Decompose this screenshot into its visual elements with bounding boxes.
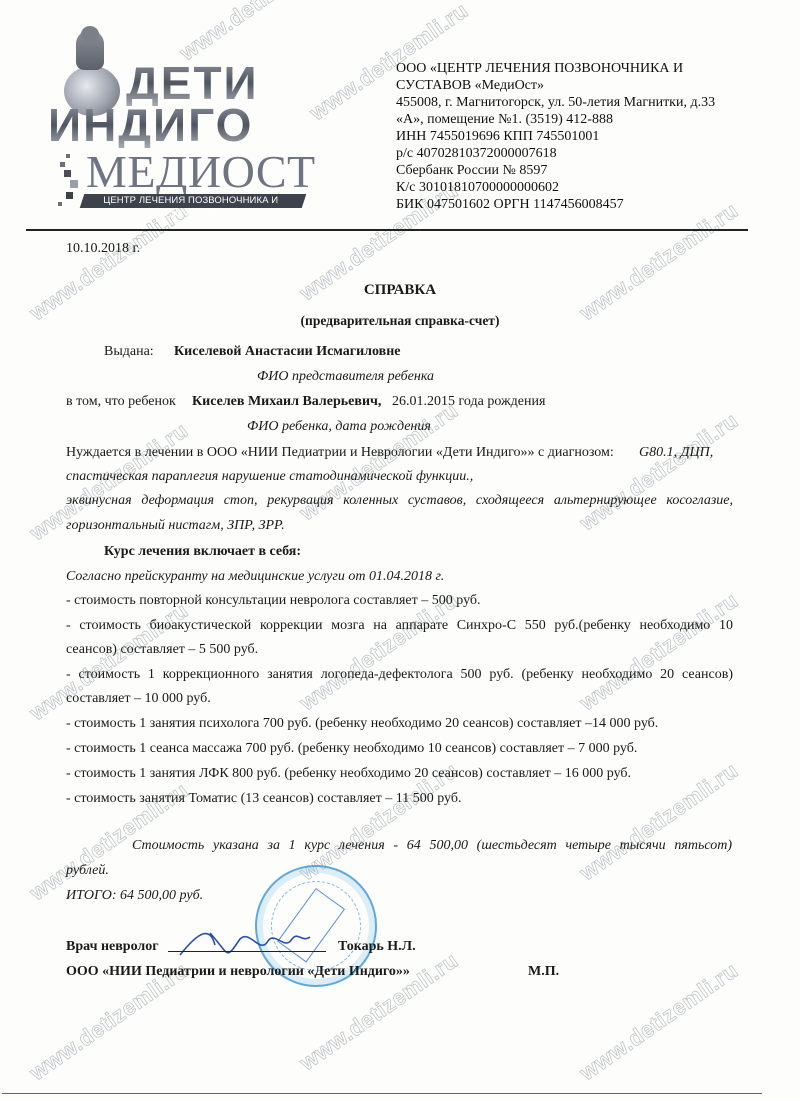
service-item-cont: сеансов) составляет – 5 500 руб. [66, 642, 258, 658]
header-divider [26, 229, 748, 231]
child-dob: 26.01.2015 года рождения [392, 394, 545, 410]
watermark: www.detizemli.ru [575, 588, 743, 716]
page-edge [2, 1093, 762, 1094]
service-item: - стоимость 1 коррекционного занятия лог… [66, 667, 733, 683]
org-line: К/с 30101810700000000602 [396, 179, 715, 196]
diagnosis-line: спастическая параплегия нарушение статод… [66, 469, 473, 485]
watermark: www.detizemli.ru [575, 958, 743, 1086]
total: ИТОГО: 64 500,00 руб. [66, 888, 203, 904]
doc-date: 10.10.2018 г. [66, 241, 140, 257]
doc-title: СПРАВКА [0, 282, 800, 299]
diagnosis-line: эквинусная деформация стоп, рекурвация к… [66, 493, 733, 509]
doctor-label: Врач невролог [66, 939, 159, 955]
org-details: ООО «ЦЕНТР ЛЕЧЕНИЯ ПОЗВОНОЧНИКА И СУСТАВ… [396, 60, 715, 213]
org-line: р/с 40702810372000007618 [396, 145, 715, 162]
service-item: - стоимость 1 сеанса массажа 700 руб. (р… [66, 741, 637, 757]
org-line: БИК 047501602 ОРГН 1147456008457 [396, 196, 715, 213]
service-item: - стоимость биоакустической коррекции мо… [66, 618, 733, 634]
course-heading: Курс лечения включает в себя: [104, 544, 301, 560]
deti-indigo-logo: ДЕТИ ИНДИГО [48, 26, 298, 146]
doc-subtitle: (предварительная справка-счет) [0, 313, 800, 329]
logo-text-line2: ИНДИГО [48, 102, 253, 148]
child-name: Киселев Михаил Валерьевич, [192, 394, 381, 410]
pricelist-note: Согласно прейскуранту на медицинские усл… [66, 569, 444, 585]
child-prefix: в том, что ребенок [66, 394, 176, 410]
mediost-logo: МЕДИОСТ ЦЕНТР ЛЕЧЕНИЯ ПОЗВОНОЧНИКА И СУС… [52, 148, 312, 218]
org-line: «А», помещение №1. (3519) 412-888 [396, 111, 715, 128]
diagnosis-code: G80.1, ДЦП, [639, 445, 713, 461]
service-item: - стоимость 1 занятия психолога 700 руб.… [66, 716, 658, 732]
issued-caption: ФИО представителя ребенка [257, 369, 434, 385]
needs-text: Нуждается в лечении в ООО «НИИ Педиатрии… [66, 445, 614, 461]
mediost-name: МЕДИОСТ [86, 148, 316, 196]
service-item-cont: составляет – 10 000 руб. [66, 691, 211, 707]
mediost-tagline: ЦЕНТР ЛЕЧЕНИЯ ПОЗВОНОЧНИКА И СУСТАВОВ [80, 194, 302, 222]
service-item: - стоимость 1 занятия ЛФК 800 руб. (ребе… [66, 766, 631, 782]
service-item: - стоимость повторной консультации невро… [66, 593, 481, 609]
diagnosis-line: горизонтальный нистагм, ЗПР, ЗРР. [66, 518, 285, 534]
org-line: ИНН 7455019696 КПП 745501001 [396, 128, 715, 145]
org-line: СУСТАВОВ «МедиОст» [396, 77, 715, 94]
doctor-name: Токарь Н.Л. [338, 939, 416, 955]
child-head-icon [81, 26, 99, 42]
watermark: www.detizemli.ru [575, 408, 743, 536]
org-line: 455008, г. Магнитогорск, ул. 50-летия Ма… [396, 94, 715, 111]
cost-note-cont: рублей. [66, 863, 109, 879]
watermark: www.detizemli.ru [575, 198, 743, 326]
child-caption: ФИО ребенка, дата рождения [247, 419, 431, 435]
cost-note: Стоимость указана за 1 курс лечения - 64… [132, 838, 732, 854]
org-footer: ООО «НИИ Педиатрии и неврологии «Дети Ин… [66, 964, 410, 980]
issued-to: Киселевой Анастасии Исмагиловне [174, 344, 401, 360]
org-line: ООО «ЦЕНТР ЛЕЧЕНИЯ ПОЗВОНОЧНИКА И [396, 60, 715, 77]
signature-line [168, 951, 326, 952]
org-line: Сбербанк России № 8597 [396, 162, 715, 179]
seal-label: М.П. [528, 964, 559, 980]
mediost-tagline-band: ЦЕНТР ЛЕЧЕНИЯ ПОЗВОНОЧНИКА И СУСТАВОВ [80, 194, 307, 208]
service-item: - стоимость занятия Томатис (13 сеансов)… [66, 791, 461, 807]
issued-label: Выдана: [104, 344, 154, 360]
